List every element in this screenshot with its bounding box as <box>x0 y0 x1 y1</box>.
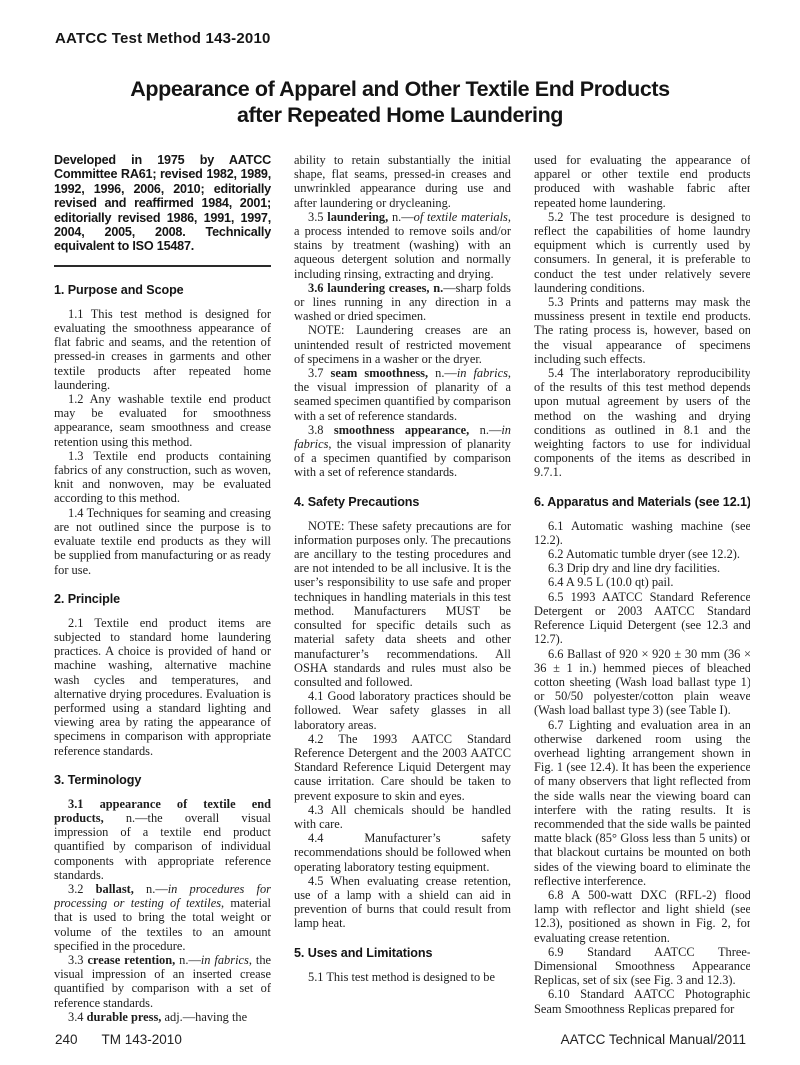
page-title: Appearance of Apparel and Other Textile … <box>0 76 800 128</box>
paragraph: 3.3 crease retention, n.—in fabrics, the… <box>54 953 271 1010</box>
paragraph: 6.7 Lighting and evaluation area in an o… <box>534 718 750 888</box>
paragraph: 5.1 This test method is designed to be <box>294 970 511 984</box>
paragraph: NOTE: Laundering creases are an unintend… <box>294 323 511 366</box>
divider-rule <box>54 265 271 267</box>
paragraph: ability to retain substantially the init… <box>294 153 511 210</box>
paragraph: 3.1 appearance of textile end products, … <box>54 797 271 882</box>
footer-manual-label: AATCC Technical Manual/2011 <box>561 1032 746 1047</box>
paragraph: used for evaluating the appearance of ap… <box>534 153 750 210</box>
section-heading: 1. Purpose and Scope <box>54 283 271 297</box>
paragraph: 5.4 The interlaboratory reproducibility … <box>534 366 750 480</box>
paragraph: 4.1 Good laboratory practices should be … <box>294 689 511 732</box>
paragraph: 6.6 Ballast of 920 × 920 ± 30 mm (36 × 3… <box>534 647 750 718</box>
paragraph: 1.2 Any washable textile end product may… <box>54 392 271 449</box>
paragraph: 4.3 All chemicals should be handled with… <box>294 803 511 831</box>
paragraph: 3.2 ballast, n.—in procedures for proces… <box>54 882 271 953</box>
text-columns: Developed in 1975 by AATCC Committee RA6… <box>54 153 750 1037</box>
column-1: Developed in 1975 by AATCC Committee RA6… <box>54 153 271 1037</box>
paragraph: 1.3 Textile end products containing fabr… <box>54 449 271 506</box>
paragraph: 3.5 laundering, n.—of textile materials,… <box>294 210 511 281</box>
paragraph: 5.2 The test procedure is designed to re… <box>534 210 750 295</box>
section-heading: 3. Terminology <box>54 773 271 787</box>
section-heading: 6. Apparatus and Materials (see 12.1) <box>534 495 750 509</box>
page-title-line2: after Repeated Home Laundering <box>237 103 563 127</box>
paragraph: NOTE: These safety precautions are for i… <box>294 519 511 689</box>
paragraph: 6.9 Standard AATCC Three-Dimensional Smo… <box>534 945 750 988</box>
footer-doc-code: TM 143-2010 <box>102 1032 182 1047</box>
page-number: 240 <box>55 1032 78 1047</box>
paragraph: 6.1 Automatic washing machine (see 12.2)… <box>534 519 750 547</box>
section-heading: 4. Safety Precautions <box>294 495 511 509</box>
document-page: AATCC Test Method 143-2010 Appearance of… <box>0 0 800 1065</box>
paragraph: 6.5 1993 AATCC Standard Reference Deterg… <box>534 590 750 647</box>
page-title-line1: Appearance of Apparel and Other Textile … <box>130 77 670 101</box>
paragraph: 6.3 Drip dry and line dry facilities. <box>534 561 750 575</box>
column-3: used for evaluating the appearance of ap… <box>534 153 750 1037</box>
footer-left: 240TM 143-2010 <box>55 1032 182 1047</box>
paragraph: 6.10 Standard AATCC Photographic Seam Sm… <box>534 987 750 1015</box>
document-header: AATCC Test Method 143-2010 <box>55 30 271 47</box>
section-heading: 5. Uses and Limitations <box>294 946 511 960</box>
paragraph: 4.5 When evaluating crease retention, us… <box>294 874 511 931</box>
paragraph: 2.1 Textile end product items are subjec… <box>54 616 271 758</box>
paragraph: 5.3 Prints and patterns may mask the mus… <box>534 295 750 366</box>
paragraph: 6.8 A 500-watt DXC (RFL-2) flood lamp wi… <box>534 888 750 945</box>
paragraph: 4.2 The 1993 AATCC Standard Reference De… <box>294 732 511 803</box>
paragraph: 1.1 This test method is designed for eva… <box>54 307 271 392</box>
paragraph: 3.7 seam smoothness, n.—in fabrics, the … <box>294 366 511 423</box>
paragraph: 6.4 A 9.5 L (10.0 qt) pail. <box>534 575 750 589</box>
paragraph: 6.2 Automatic tumble dryer (see 12.2). <box>534 547 750 561</box>
page-footer: 240TM 143-2010 AATCC Technical Manual/20… <box>55 1032 746 1047</box>
paragraph: 3.8 smoothness appearance, n.—in fabrics… <box>294 423 511 480</box>
paragraph: 3.4 durable press, adj.—having the <box>54 1010 271 1024</box>
section-heading: 2. Principle <box>54 592 271 606</box>
paragraph: 1.4 Techniques for seaming and creasing … <box>54 506 271 577</box>
column-2: ability to retain substantially the init… <box>294 153 511 1037</box>
development-history-note: Developed in 1975 by AATCC Committee RA6… <box>54 153 271 254</box>
paragraph: 4.4 Manufacturer’s safety recommendation… <box>294 831 511 874</box>
paragraph: 3.6 laundering creases, n.—sharp folds o… <box>294 281 511 324</box>
